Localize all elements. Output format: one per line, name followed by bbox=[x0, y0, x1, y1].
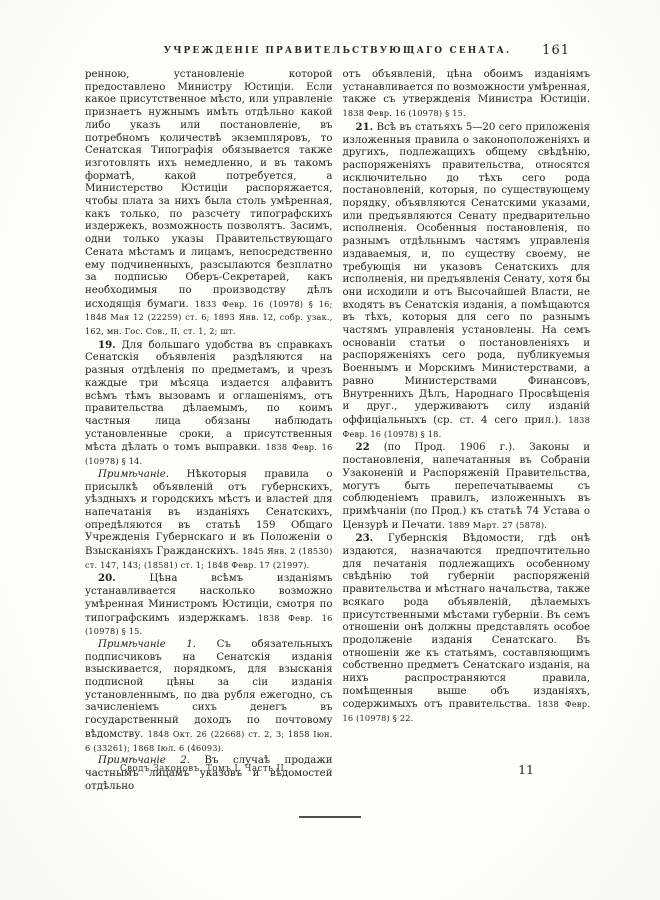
edition-signature: Сводъ Законовъ. Томъ I. Часть II. bbox=[120, 764, 287, 774]
paragraph-text: Для большаго удобства въ справкахъ Сенат… bbox=[85, 340, 333, 454]
left-column: ренною, установленіе которой предоставле… bbox=[85, 69, 333, 793]
right-column: отъ объявленій, цѣна обоимъ изданіямъ ус… bbox=[343, 69, 591, 793]
paragraph-continuation-right: отъ объявленій, цѣна обоимъ изданіямъ ус… bbox=[343, 69, 591, 121]
article-number: 20. bbox=[98, 572, 116, 584]
paragraph-text: отъ объявленій, цѣна обоимъ изданіямъ ус… bbox=[343, 69, 591, 105]
paragraph-article-21: 21. Всѣ въ статьяхъ 5—20 сего приложенія… bbox=[343, 121, 591, 442]
page-number: 161 bbox=[542, 43, 570, 58]
paragraph-text: (по Прод. 1906 г.). Законы и постановлен… bbox=[343, 442, 591, 530]
paragraph-continuation-left: ренною, установленіе которой предоставле… bbox=[85, 69, 333, 339]
article-number: 23. bbox=[356, 532, 374, 544]
page-footer: Сводъ Законовъ. Томъ I. Часть II. 11 bbox=[85, 762, 590, 778]
running-header: УЧРЕЖДЕНІЕ ПРАВИТЕЛЬСТВУЮЩАГО СЕНАТА. 16… bbox=[85, 46, 590, 62]
text-columns: ренною, установленіе которой предоставле… bbox=[85, 69, 590, 793]
article-number: 19. bbox=[98, 339, 116, 351]
note-label: Примѣчаніе. bbox=[98, 469, 169, 480]
paragraph-text: Съ обязательныхъ подписчиковъ на Сенатск… bbox=[85, 639, 333, 740]
paragraph-article-22: 22 (по Прод. 1906 г.). Законы и постанов… bbox=[343, 441, 591, 532]
paragraph-text: Всѣ въ статьяхъ 5—20 сего приложенія изл… bbox=[343, 122, 591, 426]
citation: 1838 Февр. 16 (10978) § 15. bbox=[343, 108, 466, 118]
scanned-book-page: УЧРЕЖДЕНІЕ ПРАВИТЕЛЬСТВУЮЩАГО СЕНАТА. 16… bbox=[0, 0, 660, 900]
paragraph-article-19: 19. Для большаго удобства въ справкахъ С… bbox=[85, 339, 333, 469]
paragraph-note-20-1: Примѣчаніе 1. Съ обязательныхъ подписчик… bbox=[85, 639, 333, 755]
page-content: УЧРЕЖДЕНІЕ ПРАВИТЕЛЬСТВУЮЩАГО СЕНАТА. 16… bbox=[85, 46, 590, 818]
citation: 1889 Март. 27 (5878). bbox=[448, 520, 547, 530]
section-end-rule bbox=[299, 816, 361, 818]
article-number: 21. bbox=[356, 121, 374, 133]
quire-number: 11 bbox=[518, 762, 534, 777]
paragraph-text: ренною, установленіе которой предоставле… bbox=[85, 69, 333, 310]
paragraph-text: Нѣкоторыя правила о присылкѣ объявленій … bbox=[85, 469, 333, 557]
running-header-title: УЧРЕЖДЕНІЕ ПРАВИТЕЛЬСТВУЮЩАГО СЕНАТА. bbox=[85, 46, 590, 56]
paragraph-article-23: 23. Губернскія Вѣдомости, гдѣ онѣ издают… bbox=[343, 532, 591, 726]
paragraph-article-20: 20. Цѣна всѣмъ изданіямъ устанавливается… bbox=[85, 572, 333, 639]
note-label: Примѣчаніе 1. bbox=[98, 639, 196, 650]
paragraph-note-19: Примѣчаніе. Нѣкоторыя правила о присылкѣ… bbox=[85, 469, 333, 573]
paragraph-text: Губернскія Вѣдомости, гдѣ онѣ издаются, … bbox=[343, 533, 591, 710]
article-number: 22 bbox=[356, 441, 370, 453]
